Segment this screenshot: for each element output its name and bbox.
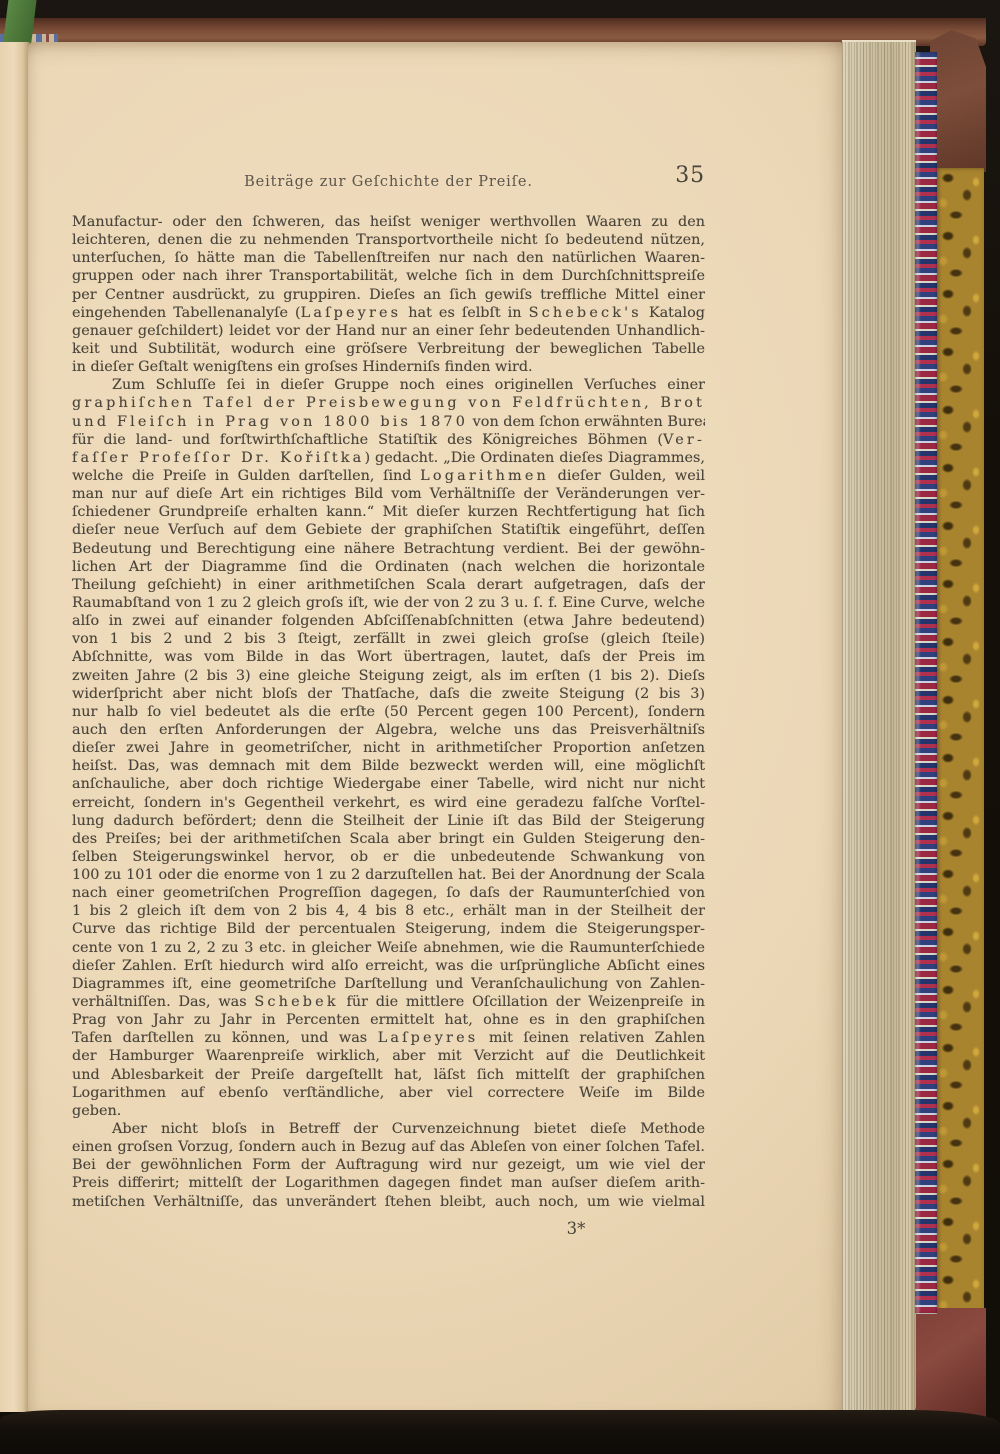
text-line: in dieſer Geſtalt wenigſtens ein groſses…	[72, 358, 705, 376]
paragraph: Manufactur- oder den ſchweren, das heiſs…	[72, 213, 705, 376]
text-line: Diagrammes iſt, eine geometriſche Darſte…	[72, 975, 705, 993]
text-line: Curve das richtige Bild der percentualen…	[72, 920, 705, 938]
page-number: 35	[72, 163, 705, 188]
gutter-page-edge	[0, 42, 30, 1412]
scanner-background-bottom	[0, 1410, 1000, 1454]
text-line: Preis differirt; mittelſt der Logarithme…	[72, 1174, 705, 1192]
text-line: ſchiedener Grundpreiſe erhalten kann.“ M…	[72, 503, 705, 521]
text-line: graphiſchen Tafel der Preisbewegung von …	[72, 394, 705, 412]
text-line: und Ablesbarkeit der Preiſe dargeſtellt …	[72, 1066, 705, 1084]
text-line: Prag von Jahr zu Jahr in Percenten ermit…	[72, 1011, 705, 1029]
text-line: Raumabſtand von 1 zu 2 gleich groſs iſt,…	[72, 594, 705, 612]
text-line: widerſpricht aber nicht bloſs der Thatſa…	[72, 685, 705, 703]
text-line: metiſchen Verhältniſſe, das unverändert …	[72, 1193, 705, 1211]
text-line: Zum Schluſſe ſei in dieſer Gruppe noch e…	[72, 376, 705, 394]
text-line: und Fleiſch in Prag von 1800 bis 1870 vo…	[72, 413, 705, 431]
text-line: per Centner ausdrückt, zu gruppiren. Die…	[72, 286, 705, 304]
text-line: lung dadurch befördert; denn die Steilhe…	[72, 812, 705, 830]
body-text: Manufactur- oder den ſchweren, das heiſs…	[72, 213, 705, 1211]
text-line: dieſer zwei Jahre in geometriſcher, nich…	[72, 739, 705, 757]
text-line: auch den erſten Anforderungen der Algebr…	[72, 721, 705, 739]
text-line: Logarithmen auf ebenſo verſtändliche, ab…	[72, 1084, 705, 1102]
text-line: Tafen darſtellen zu können, und was Laſp…	[72, 1029, 705, 1047]
text-line: der Hamburger Waarenpreiſe wirklich, abe…	[72, 1047, 705, 1065]
text-line: Bedeutung und Berechtigung eine nähere B…	[72, 540, 705, 558]
text-line: Bei der gewöhnlichen Form der Auftragung…	[72, 1156, 705, 1174]
scanned-book-page: Beiträge zur Geſchichte der Preiſe. 35 M…	[0, 0, 1000, 1454]
text-line: nach einer geometriſchen Progreſſion dag…	[72, 884, 705, 902]
text-line: keit und Subtilität, wodurch eine gröſse…	[72, 340, 705, 358]
text-line: dieſer neue Verſuch auf dem Gebiete der …	[72, 521, 705, 539]
text-line: von 1 bis 2 und 2 bis 3 ſteigt, zerfällt…	[72, 630, 705, 648]
signature-mark: 3*	[548, 1219, 604, 1238]
text-line: anſchauliche, aber doch richtige Wiederg…	[72, 775, 705, 793]
text-line: Theilung geſchieht) in einer arithmetiſc…	[72, 576, 705, 594]
text-line: 1 bis 2 gleich iſt dem von 2 bis 4, 4 bi…	[72, 902, 705, 920]
text-line: nur halb ſo viel bedeutet als die erſte …	[72, 703, 705, 721]
text-line: 100 zu 101 oder die enorme von 1 zu 2 da…	[72, 866, 705, 884]
page-fore-edge-stack	[842, 40, 916, 1414]
text-line: zweiten Jahre (2 bis 3) eine gleiche Ste…	[72, 667, 705, 685]
text-line: des Preiſes; bei der arithmetiſchen Scal…	[72, 830, 705, 848]
text-line: eingehenden Tabellenanalyſe (Laſpeyres h…	[72, 304, 705, 322]
text-line: Manufactur- oder den ſchweren, das heiſs…	[72, 213, 705, 231]
marbled-edge-strip	[915, 52, 937, 1314]
text-line: leichteren, denen die zu nehmenden Trans…	[72, 231, 705, 249]
text-line: alſo in zwei auf einander folgenden Abſc…	[72, 612, 705, 630]
text-line: welche die Preiſe in Gulden darſtellen, …	[72, 467, 705, 485]
text-line: unterſuchen, ſo hätte man die Tabellenſt…	[72, 249, 705, 267]
text-line: geben.	[72, 1102, 705, 1120]
text-line: Abſchnitte, was vom Bilde in das Wort üb…	[72, 648, 705, 666]
text-line: erreicht, ſondern in's Gegentheil verkeh…	[72, 794, 705, 812]
marbled-board-cover	[936, 168, 984, 1314]
text-line: einen groſsen Vorzug, ſondern auch in Be…	[72, 1138, 705, 1156]
text-line: Aber nicht bloſs in Betreff der Curvenze…	[72, 1120, 705, 1138]
text-line: für die land- und forſtwirthſchaftliche …	[72, 431, 705, 449]
text-line: gruppen oder nach ihrer Transportabilitä…	[72, 267, 705, 285]
text-line: faſſer Profeſſor Dr. Kořiſtka) gedacht. …	[72, 449, 705, 467]
text-line: genauer geſchildert) leidet vor der Hand…	[72, 322, 705, 340]
text-line: man nur auf dieſe Art ein richtiges Bild…	[72, 485, 705, 503]
text-line: heiſst. Das, was demnach mit dem Bilde b…	[72, 757, 705, 775]
paragraph: Aber nicht bloſs in Betreff der Curvenze…	[72, 1120, 705, 1211]
text-line: lichen Art der Diagramme ſind die Ordina…	[72, 558, 705, 576]
text-line: cente von 1 zu 2, 2 zu 3 etc. in gleiche…	[72, 939, 705, 957]
text-line: dieſer Zahlen. Erſt hiedurch wird alſo e…	[72, 957, 705, 975]
leather-cover-corner-top	[930, 30, 986, 172]
text-line: ſelben Steigerungswinkel hervor, ob er d…	[72, 848, 705, 866]
text-line: verhältniſſen. Das, was Schebek für die …	[72, 993, 705, 1011]
paragraph: Zum Schluſſe ſei in dieſer Gruppe noch e…	[72, 376, 705, 1120]
